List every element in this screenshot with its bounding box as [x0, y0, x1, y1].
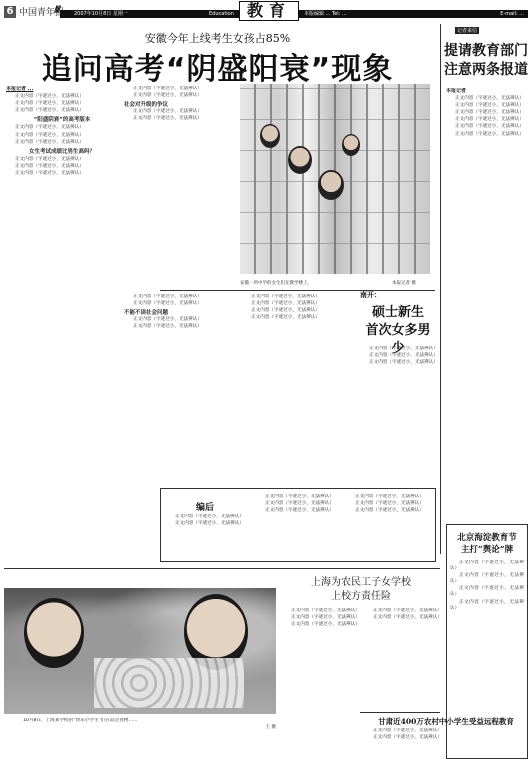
editorial-column-2: 正文内容（字迹过小，无法辨认） 正文内容（字迹过小，无法辨认） 正文内容（字迹过…: [256, 494, 340, 558]
students-group: [260, 114, 370, 204]
student-face: [260, 124, 280, 148]
article-paragraph: 正文内容（字迹过小，无法辨认）: [124, 109, 236, 115]
article-paragraph: 正文内容（字迹过小，无法辨认）: [446, 132, 526, 138]
article-headline: 追问高考“阴盛阳衰”现象: [0, 44, 435, 88]
child-figure: [24, 598, 84, 668]
article-paragraph: 正文内容（字迹过小，无法辨认）: [346, 501, 430, 507]
article-paragraph: 正文内容（字迹过小，无法辨认）: [242, 301, 354, 307]
editorial-column-1: 正文内容（字迹过小，无法辨认） 正文内容（字迹过小，无法辨认）: [166, 514, 250, 558]
section-subhead: 不能不读社会问题: [124, 310, 236, 316]
photo-caption: 10月8日，上海某学校的“快乐小学生”们在品尝食物……: [14, 718, 276, 724]
article-paragraph: 正文内容（字迹过小，无法辨认）: [450, 600, 524, 612]
editorial-title: 编后: [190, 500, 220, 513]
article-paragraph: 正文内容（字迹过小，无法辨认）: [166, 514, 250, 520]
sidebar-byline: 本报记者: [446, 88, 526, 94]
sidebar-title-line-2: 注意两条报道: [444, 61, 528, 80]
article-paragraph: 正文内容（字迹过小，无法辨认）: [6, 171, 118, 177]
article-column-2: 正文内容（字迹过小，无法辨认） 正文内容（字迹过小，无法辨认） 社会对升级的争议…: [124, 86, 236, 286]
section-divider: [4, 568, 440, 569]
shanghai-column-2: 正文内容（字迹过小，无法辨认） 正文内容（字迹过小，无法辨认）: [364, 608, 440, 708]
article-paragraph: 正文内容（字迹过小，无法辨认）: [256, 508, 340, 514]
article-paragraph: 正文内容（字迹过小，无法辨认）: [6, 157, 118, 163]
article-paragraph: 正文内容（字迹过小，无法辨认）: [6, 140, 118, 146]
article-column-4: 正文内容（字迹过小，无法辨认） 正文内容（字迹过小，无法辨认） 正文内容（字迹过…: [242, 294, 354, 454]
article-paragraph: 正文内容（字迹过小，无法辨认）: [6, 125, 118, 131]
article-paragraph: 正文内容（字迹过小，无法辨认）: [124, 301, 236, 307]
student-face: [288, 146, 312, 174]
article-paragraph: 正文内容（字迹过小，无法辨认）: [282, 608, 358, 614]
article-paragraph: 正文内容（字迹过小，无法辨认）: [446, 103, 526, 109]
caption-rule: [160, 290, 435, 291]
sidebar-body: 本报记者 正文内容（字迹过小，无法辨认） 正文内容（字迹过小，无法辨认） 正文内…: [446, 88, 526, 508]
article-paragraph: 正文内容（字迹过小，无法辨认）: [124, 86, 236, 92]
gansu-column-1: 正文内容（字迹过小，无法辨认） 正文内容（字迹过小，无法辨认）: [364, 728, 442, 762]
article-paragraph: 正文内容（字迹过小，无法辨认）: [256, 494, 340, 500]
student-face: [318, 170, 344, 200]
editorial-column-3: 正文内容（字迹过小，无法辨认） 正文内容（字迹过小，无法辨认） 正文内容（字迹过…: [346, 494, 430, 558]
masthead: 6 中国青年报 //// 2007年10月8日 星期一 Education 教育…: [4, 2, 528, 19]
shanghai-title: 上海为农民工子女学校 上校方责任险: [282, 576, 440, 604]
article-paragraph: 正文内容（字迹过小，无法辨认）: [446, 117, 526, 123]
sidebar-title: 提请教育部门 注意两条报道: [444, 42, 528, 80]
article-paragraph: 正文内容（字迹过小，无法辨认）: [124, 116, 236, 122]
article-paragraph: 正文内容（字迹过小，无法辨认）: [360, 360, 436, 366]
article-paragraph: 正文内容（字迹过小，无法辨认）: [364, 735, 442, 741]
section-name-en: Education: [209, 10, 234, 18]
article-paragraph: 正文内容（字迹过小，无法辨认）: [346, 494, 430, 500]
article-paragraph: 正文内容（字迹过小，无法辨认）: [282, 622, 358, 628]
article-byline: 本报记者 ...: [6, 86, 118, 92]
section-name: 教育: [239, 1, 299, 21]
students-photo: [240, 84, 430, 274]
article-paragraph: 正文内容（字迹过小，无法辨认）: [6, 133, 118, 139]
contact-email: E-mail: ...: [500, 10, 524, 18]
article-paragraph: 正文内容（字迹过小，无法辨认）: [450, 573, 524, 585]
article-paragraph: 正文内容（字迹过小，无法辨认）: [450, 560, 524, 572]
article-paragraph: 正文内容（字迹过小，无法辨认）: [346, 508, 430, 514]
article-paragraph: 正文内容（字迹过小，无法辨认）: [242, 294, 354, 300]
article-paragraph: 正文内容（字迹过小，无法辨认）: [6, 101, 118, 107]
article-paragraph: 正文内容（字迹过小，无法辨认）: [446, 124, 526, 130]
sidebar-tag: 记者来信: [455, 27, 479, 34]
article-paragraph: 正文内容（字迹过小，无法辨认）: [256, 501, 340, 507]
article-paragraph: 正文内容（字迹过小，无法辨认）: [166, 521, 250, 527]
shanghai-title-line-1: 上海为农民工子女学校: [282, 576, 440, 590]
nankai-kicker: 南开：: [360, 290, 381, 300]
article-paragraph: 正文内容（字迹过小，无法辨认）: [124, 324, 236, 330]
article-paragraph: 正文内容（字迹过小，无法辨认）: [242, 315, 354, 321]
photo-caption: 安徽一所中学的女生们在教学楼上。: [240, 280, 312, 286]
article-paragraph: 正文内容（字迹过小，无法辨认）: [124, 93, 236, 99]
masthead-slashes: ////: [54, 5, 59, 15]
photo-credit: 王 摄: [14, 725, 276, 731]
article-paragraph: 正文内容（字迹过小，无法辨认）: [364, 615, 440, 621]
article-paragraph: 正文内容（字迹过小，无法辨认）: [446, 96, 526, 102]
article-paragraph: 正文内容（字迹过小，无法辨认）: [242, 308, 354, 314]
section-subhead: “阳盛阴衰”的高考版本: [6, 117, 118, 123]
photo-credit: 本报记者 摄: [392, 280, 416, 286]
school-lunch-photo: [4, 588, 276, 714]
nankai-title-line-1: 硕士新生: [360, 304, 436, 322]
shanghai-column-1: 正文内容（字迹过小，无法辨认） 正文内容（字迹过小，无法辨认） 正文内容（字迹过…: [282, 608, 358, 758]
section-subhead: 社会对升级的争议: [124, 102, 236, 108]
sidebar-title-line-1: 提请教育部门: [444, 42, 528, 61]
article-paragraph: 正文内容（字迹过小，无法辨认）: [6, 94, 118, 100]
page-number: 6: [4, 6, 16, 18]
article-paragraph: 正文内容（字迹过小，无法辨认）: [364, 728, 442, 734]
editor-line: 本版编辑 ... Tel: ...: [304, 10, 347, 18]
article-paragraph: 正文内容（字迹过小，无法辨认）: [446, 110, 526, 116]
article-paragraph: 正文内容（字迹过小，无法辨认）: [360, 346, 436, 352]
sidebar-bottom-title-line-2: 主打“舆论”牌: [446, 544, 528, 556]
gansu-rule: [360, 712, 440, 713]
sidebar-bottom-title: 北京海淀教育节 主打“舆论”牌: [446, 532, 528, 556]
article-paragraph: 正文内容（字迹过小，无法辨认）: [6, 164, 118, 170]
column-divider: [440, 24, 441, 554]
section-subhead: 女生考试成绩比男生高吗？: [6, 149, 118, 155]
issue-date: 2007年10月8日 星期一: [74, 10, 128, 18]
sidebar-bottom-title-line-1: 北京海淀教育节: [446, 532, 528, 544]
article-column-3: 正文内容（字迹过小，无法辨认） 正文内容（字迹过小，无法辨认） 不能不读社会问题…: [124, 294, 236, 454]
article-paragraph: 正文内容（字迹过小，无法辨认）: [124, 294, 236, 300]
bottom-photo-caption: 10月8日，上海某学校的“快乐小学生”们在品尝食物…… 王 摄: [14, 718, 276, 758]
article-paragraph: 正文内容（字迹过小，无法辨认）: [6, 108, 118, 114]
article-paragraph: 正文内容（字迹过小，无法辨认）: [364, 608, 440, 614]
article-column-1: 本报记者 ... 正文内容（字迹过小，无法辨认） 正文内容（字迹过小，无法辨认）…: [6, 86, 118, 566]
article-paragraph: 正文内容（字迹过小，无法辨认）: [124, 317, 236, 323]
student-face: [342, 134, 360, 156]
lunch-table: [94, 658, 244, 708]
shanghai-title-line-2: 上校方责任险: [282, 590, 440, 604]
article-paragraph: 正文内容（字迹过小，无法辨认）: [450, 586, 524, 598]
article-paragraph: 正文内容（字迹过小，无法辨认）: [360, 353, 436, 359]
article-paragraph: 正文内容（字迹过小，无法辨认）: [282, 615, 358, 621]
nankai-body: 正文内容（字迹过小，无法辨认） 正文内容（字迹过小，无法辨认） 正文内容（字迹过…: [360, 346, 436, 456]
gansu-title: 甘肃近400万农村中小学生受益远程教育: [362, 716, 530, 727]
